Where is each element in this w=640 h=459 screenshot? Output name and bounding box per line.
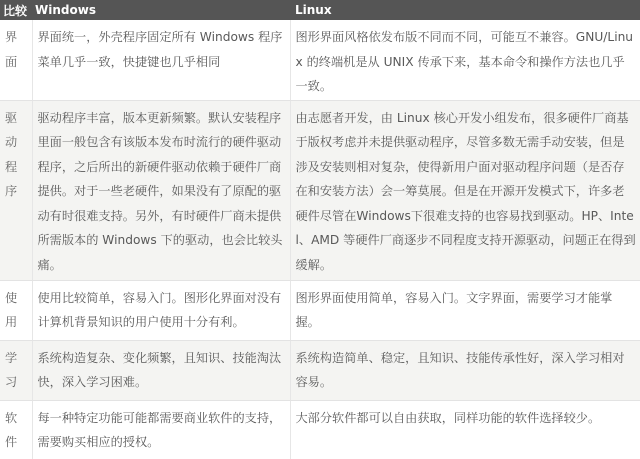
table-row-usage: 使用 使用比较简单，容易入门。图形化界面对没有计算机背景知识的用户使用十分有利。… (0, 280, 640, 340)
row-label: 界面 (0, 20, 32, 100)
linux-cell: 大部分软件都可以自由获取，同样功能的软件选择较少。 (290, 400, 640, 459)
row-label: 软件 (0, 400, 32, 459)
linux-cell: 系统构造简单、稳定，且知识、技能传承性好，深入学习相对容易。 (290, 340, 640, 400)
windows-cell: 系统构造复杂、变化频繁，且知识、技能淘汰快，深入学习困难。 (32, 340, 290, 400)
row-label: 驱动程序 (0, 100, 32, 280)
linux-cell: 图形界面风格依发布版不同而不同，可能互不兼容。GNU/Linux 的终端机是从 … (290, 20, 640, 100)
row-label-text: 驱动程序 (5, 106, 18, 204)
table-body: 界面 界面统一，外壳程序固定所有 Windows 程序菜单几乎一致，快捷键也几乎… (0, 20, 640, 459)
windows-cell: 使用比较简单，容易入门。图形化界面对没有计算机背景知识的用户使用十分有利。 (32, 280, 290, 340)
row-label-text: 使用 (5, 286, 18, 335)
table-header: 比较 Windows Linux (0, 0, 640, 20)
linux-cell: 由志愿者开发，由 Linux 核心开发小组发布，很多硬件厂商基于版权考虑并未提供… (290, 100, 640, 280)
header-compare: 比较 (0, 0, 32, 20)
table-row-interface: 界面 界面统一，外壳程序固定所有 Windows 程序菜单几乎一致，快捷键也几乎… (0, 20, 640, 100)
table-row-drivers: 驱动程序 驱动程序丰富，版本更新频繁。默认安装程序里面一般包含有该版本发布时流行… (0, 100, 640, 280)
header-windows: Windows (32, 0, 290, 20)
row-label-text: 软件 (5, 406, 18, 455)
table-row-learning: 学习 系统构造复杂、变化频繁，且知识、技能淘汰快，深入学习困难。 系统构造简单、… (0, 340, 640, 400)
header-linux: Linux (290, 0, 640, 20)
windows-cell: 驱动程序丰富，版本更新频繁。默认安装程序里面一般包含有该版本发布时流行的硬件驱动… (32, 100, 290, 280)
row-label: 学习 (0, 340, 32, 400)
row-label-text: 界面 (5, 25, 18, 74)
table-row-software: 软件 每一种特定功能可能都需要商业软件的支持，需要购买相应的授权。 大部分软件都… (0, 400, 640, 459)
windows-cell: 界面统一，外壳程序固定所有 Windows 程序菜单几乎一致，快捷键也几乎相同 (32, 20, 290, 100)
comparison-table: 比较 Windows Linux 界面 界面统一，外壳程序固定所有 Window… (0, 0, 640, 459)
windows-cell: 每一种特定功能可能都需要商业软件的支持，需要购买相应的授权。 (32, 400, 290, 459)
row-label-text: 学习 (5, 346, 18, 395)
row-label: 使用 (0, 280, 32, 340)
linux-cell: 图形界面使用简单，容易入门。文字界面，需要学习才能掌握。 (290, 280, 640, 340)
header-row: 比较 Windows Linux (0, 0, 640, 20)
